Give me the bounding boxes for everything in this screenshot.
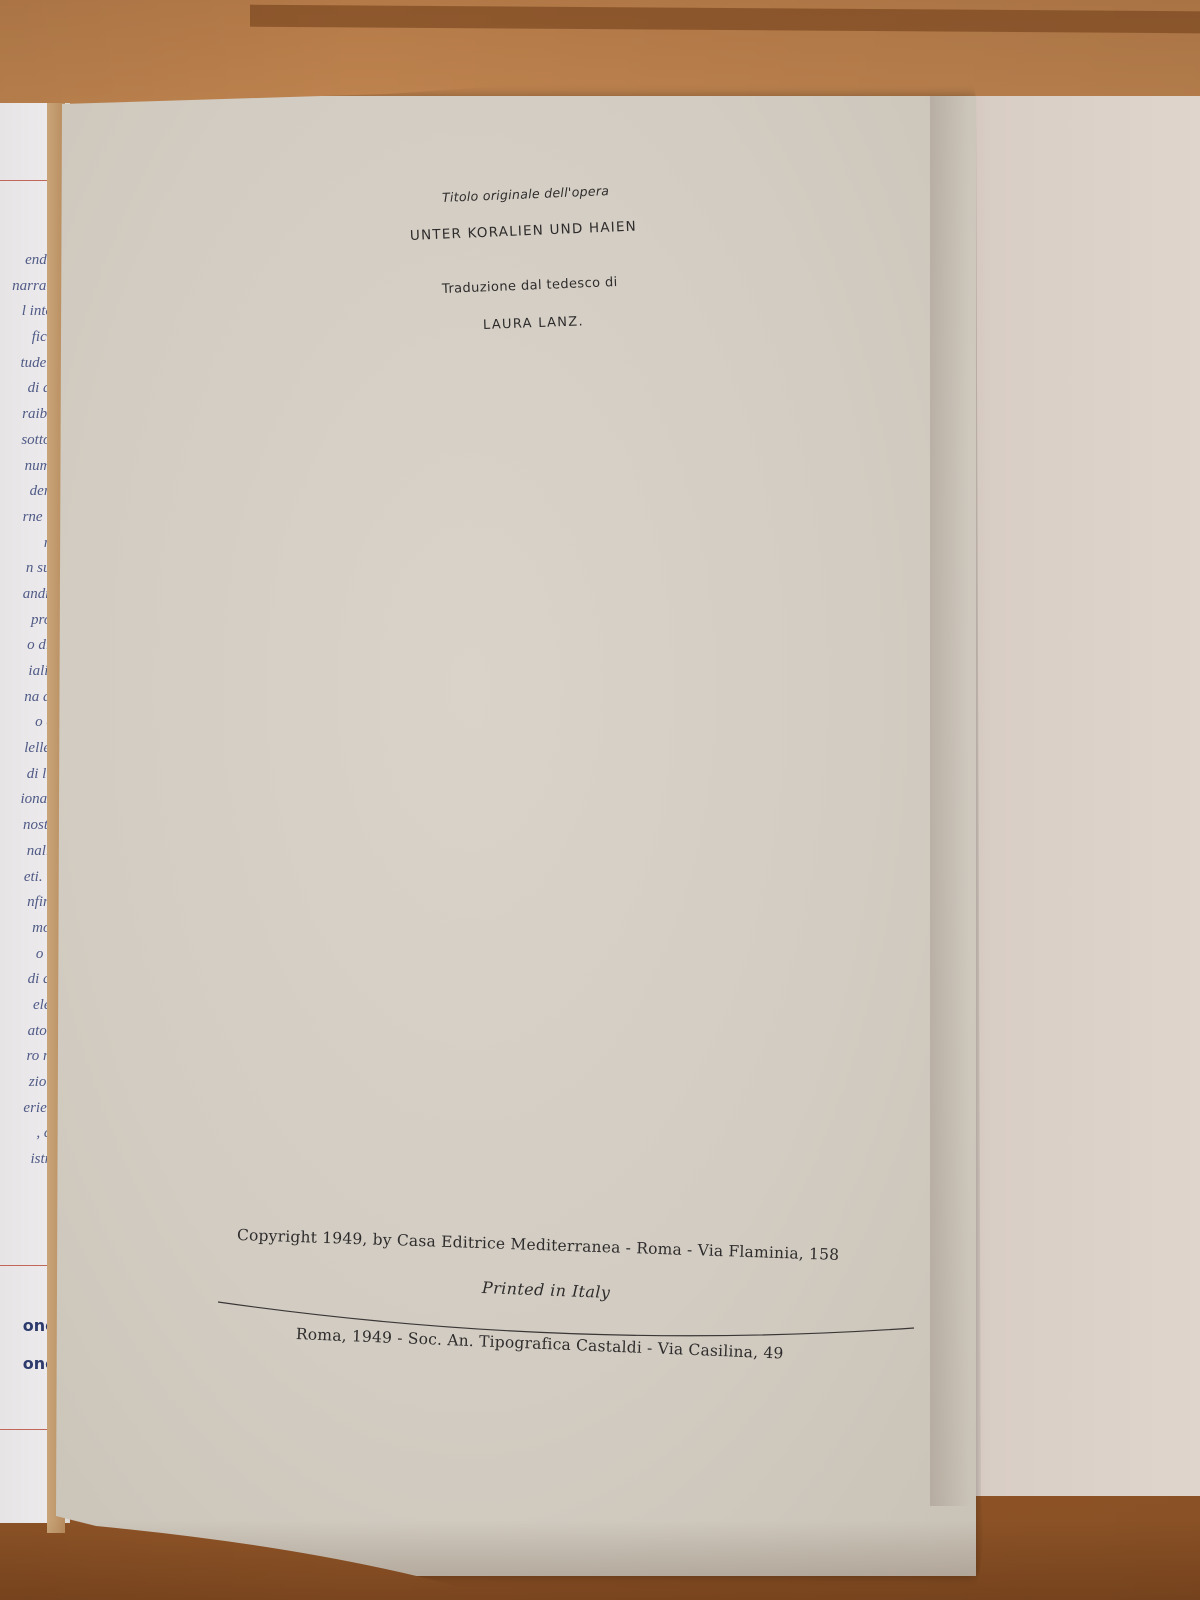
bottom-shadow (0, 1520, 1200, 1600)
right-facing-page (940, 96, 1200, 1496)
spine-shadow (930, 96, 970, 1506)
